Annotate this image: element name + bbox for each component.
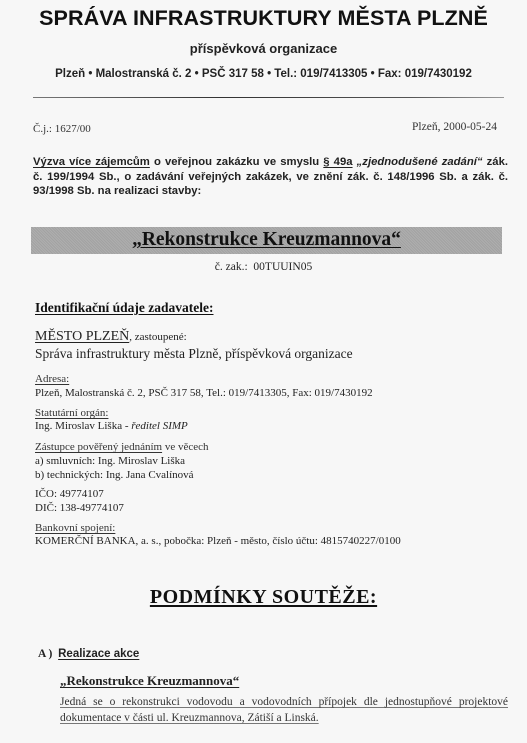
section-a-project: „Rekonstrukce Kreuzmannova“ xyxy=(60,673,239,689)
intro-text-1: o veřejnou zakázku ve smyslu xyxy=(150,156,323,168)
order-value: 00TUUIN05 xyxy=(253,261,312,273)
address-label: Adresa: xyxy=(35,373,69,385)
statutory-value: Ing. Miroslav Liška - ředitel SIMP xyxy=(35,420,188,432)
authority-heading: Identifikační údaje zadavatele: xyxy=(35,300,214,316)
section-a-heading: A ) Realizace akce xyxy=(38,648,139,660)
letterhead-title: SPRÁVA INFRASTRUKTURY MĚSTA PLZNĚ xyxy=(0,6,527,31)
dic-value: DIČ: 138-49774107 xyxy=(35,502,124,514)
intro-paragraph: Výzva více zájemcům o veřejnou zakázku v… xyxy=(33,155,508,199)
deputy-contractual: a) smluvních: Ing. Miroslav Liška xyxy=(35,455,185,467)
reference-number: Č.j.: 1627/00 xyxy=(33,123,91,135)
letterhead-subtitle: příspěvková organizace xyxy=(0,41,527,56)
order-label: č. zak.: xyxy=(215,261,248,273)
bank-value: KOMERČNÍ BANKA, a. s., pobočka: Plzeň - … xyxy=(35,535,401,547)
section-a-marker: A ) xyxy=(38,648,52,660)
section-a-description: Jedná se o rekonstrukci vodovodu a vodov… xyxy=(60,694,508,726)
place-date: Plzeň, 2000-05-24 xyxy=(412,121,497,133)
deputy-technical: b) technických: Ing. Jana Cvalínová xyxy=(35,469,194,481)
statutory-label: Statutární orgán: xyxy=(35,407,108,419)
intro-quote: „zjednodušené zadání“ xyxy=(353,156,483,168)
order-number: č. zak.: 00TUUIN05 xyxy=(0,261,527,273)
project-title: „Rekonstrukce Kreuzmannova“ xyxy=(31,229,502,251)
authority-represented-by: Správa infrastruktury města Plzně, přísp… xyxy=(35,346,353,362)
conditions-heading: PODMÍNKY SOUTĚŽE: xyxy=(0,586,527,609)
deputy-label: Zástupce pověřený jednáním ve věcech xyxy=(35,441,209,453)
address-value: Plzeň, Malostranská č. 2, PSČ 317 58, Te… xyxy=(35,387,373,399)
section-a-title: Realizace akce xyxy=(58,648,139,660)
ico-value: IČO: 49774107 xyxy=(35,488,104,500)
intro-section-ref: § 49a xyxy=(323,156,352,168)
letterhead-address: Plzeň • Malostranská č. 2 • PSČ 317 58 •… xyxy=(0,68,527,80)
intro-lead: Výzva více zájemcům xyxy=(33,156,150,168)
letterhead-divider xyxy=(33,97,504,98)
authority-entity: MĚSTO PLZEŇ, zastoupené: xyxy=(35,329,187,345)
bank-label: Bankovní spojení: xyxy=(35,522,115,534)
